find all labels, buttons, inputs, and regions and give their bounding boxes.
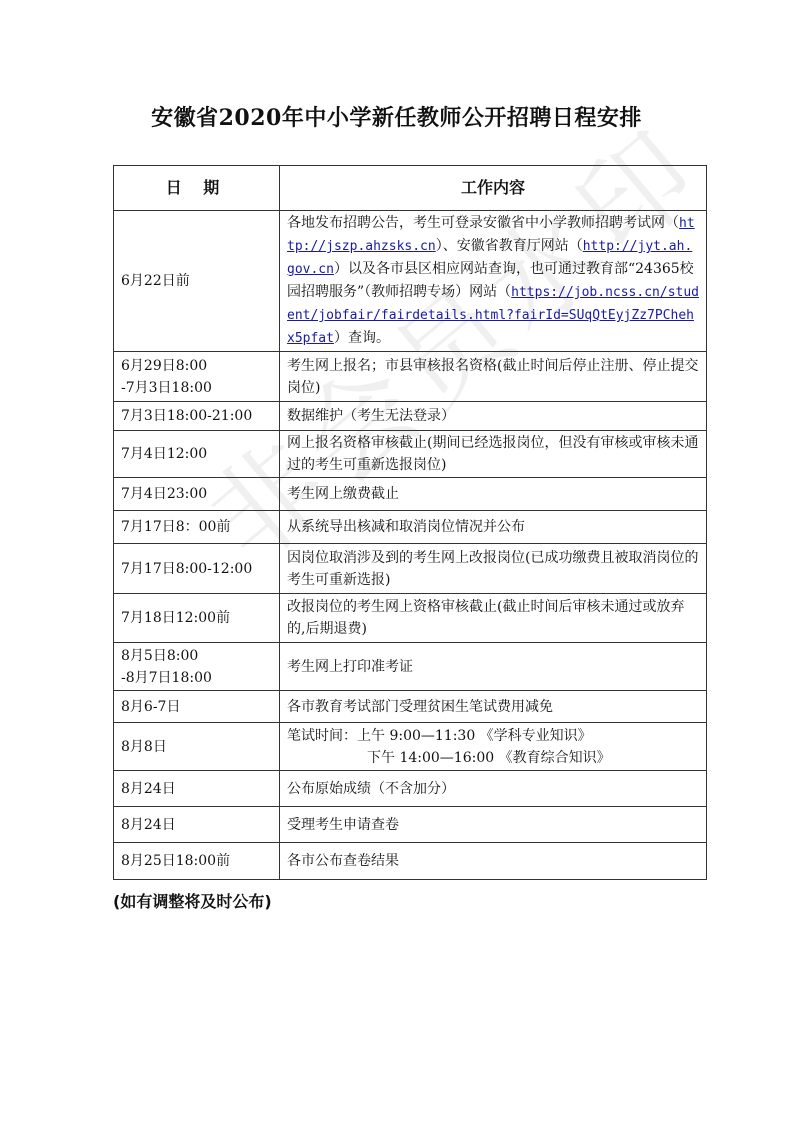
row-date: 7月3日18:00-21:00 bbox=[114, 402, 280, 431]
row-date: 7月4日23:00 bbox=[114, 478, 280, 511]
row-content: 各地发布招聘公告，考生可登录安徽省中小学教师招聘考试网（http://jszp.… bbox=[280, 211, 707, 352]
row-content: 从系统导出核减和取消岗位情况并公布 bbox=[280, 511, 707, 544]
date-line: 6月29日8:00 bbox=[121, 355, 272, 377]
row-date: 7月4日12:00 bbox=[114, 431, 280, 478]
row-date: 7月17日8:00-12:00 bbox=[114, 544, 280, 594]
date-line: -7月3日18:00 bbox=[121, 377, 272, 399]
row-content: 考生网上缴费截止 bbox=[280, 478, 707, 511]
date-line: 8月5日8:00 bbox=[121, 645, 272, 667]
row-date: 6月29日8:00 -7月3日18:00 bbox=[114, 352, 280, 402]
row-date: 6月22日前 bbox=[114, 211, 280, 352]
table-row: 7月3日18:00-21:00 数据维护（考生无法登录） bbox=[114, 402, 707, 431]
row-content: 改报岗位的考生网上资格审核截止(截止时间后审核未通过或放弃的,后期退费) bbox=[280, 594, 707, 643]
content-text: ）查询。 bbox=[334, 330, 390, 346]
content-text: 各地发布招聘公告，考生可登录安徽省中小学教师招聘考试网（ bbox=[287, 215, 679, 231]
row-date: 8月24日 bbox=[114, 807, 280, 843]
row-content: 因岗位取消涉及到的考生网上改报岗位(已成功缴费且被取消岗位的考生可重新选报) bbox=[280, 544, 707, 594]
table-row: 8月5日8:00 -8月7日18:00 考生网上打印准考证 bbox=[114, 643, 707, 691]
row-content: 公布原始成绩（不含加分） bbox=[280, 771, 707, 807]
table-row: 7月4日23:00 考生网上缴费截止 bbox=[114, 478, 707, 511]
row-date: 7月18日12:00前 bbox=[114, 594, 280, 643]
row-date: 7月17日8：00前 bbox=[114, 511, 280, 544]
exam-line-afternoon: 下午 14:00—16:00 《教育综合知识》 bbox=[287, 747, 699, 769]
table-row: 8月24日 公布原始成绩（不含加分） bbox=[114, 771, 707, 807]
table-row: 6月22日前 各地发布招聘公告，考生可登录安徽省中小学教师招聘考试网（http:… bbox=[114, 211, 707, 352]
footnote: (如有调整将及时公布) bbox=[113, 889, 272, 912]
row-content: 考生网上打印准考证 bbox=[280, 643, 707, 691]
content-text: ）、安徽省教育厅网站（ bbox=[436, 238, 583, 254]
table-row: 7月18日12:00前 改报岗位的考生网上资格审核截止(截止时间后审核未通过或放… bbox=[114, 594, 707, 643]
table-row: 8月8日 笔试时间：上午 9:00—11:30 《学科专业知识》 下午 14:0… bbox=[114, 723, 707, 771]
table-row: 8月6-7日 各市教育考试部门受理贫困生笔试费用减免 bbox=[114, 691, 707, 723]
table-header-row: 日 期 工作内容 bbox=[114, 166, 707, 211]
table-row: 8月24日 受理考生申请查卷 bbox=[114, 807, 707, 843]
table-row: 7月17日8：00前 从系统导出核减和取消岗位情况并公布 bbox=[114, 511, 707, 544]
row-content: 笔试时间：上午 9:00—11:30 《学科专业知识》 下午 14:00—16:… bbox=[280, 723, 707, 771]
row-content: 各市教育考试部门受理贫困生笔试费用减免 bbox=[280, 691, 707, 723]
row-content: 考生网上报名；市县审核报名资格(截止时间后停止注册、停止提交岗位) bbox=[280, 352, 707, 402]
table-row: 6月29日8:00 -7月3日18:00 考生网上报名；市县审核报名资格(截止时… bbox=[114, 352, 707, 402]
table-row: 7月17日8:00-12:00 因岗位取消涉及到的考生网上改报岗位(已成功缴费且… bbox=[114, 544, 707, 594]
row-content: 受理考生申请查卷 bbox=[280, 807, 707, 843]
row-date: 8月25日18:00前 bbox=[114, 843, 280, 880]
table-row: 7月4日12:00 网上报名资格审核截止(期间已经选报岗位，但没有审核或审核未通… bbox=[114, 431, 707, 478]
page-title: 安徽省2020年中小学新任教师公开招聘日程安排 bbox=[0, 101, 793, 132]
row-content: 数据维护（考生无法登录） bbox=[280, 402, 707, 431]
row-content: 各市公布查卷结果 bbox=[280, 843, 707, 880]
header-date: 日 期 bbox=[114, 166, 280, 211]
row-date: 8月6-7日 bbox=[114, 691, 280, 723]
row-content: 网上报名资格审核截止(期间已经选报岗位，但没有审核或审核未通过的考生可重新选报岗… bbox=[280, 431, 707, 478]
exam-line-morning: 笔试时间：上午 9:00—11:30 《学科专业知识》 bbox=[287, 725, 699, 747]
table-row: 8月25日18:00前 各市公布查卷结果 bbox=[114, 843, 707, 880]
row-date: 8月5日8:00 -8月7日18:00 bbox=[114, 643, 280, 691]
date-line: -8月7日18:00 bbox=[121, 667, 272, 689]
row-date: 8月24日 bbox=[114, 771, 280, 807]
header-content: 工作内容 bbox=[280, 166, 707, 211]
schedule-table: 日 期 工作内容 6月22日前 各地发布招聘公告，考生可登录安徽省中小学教师招聘… bbox=[113, 165, 707, 880]
row-date: 8月8日 bbox=[114, 723, 280, 771]
